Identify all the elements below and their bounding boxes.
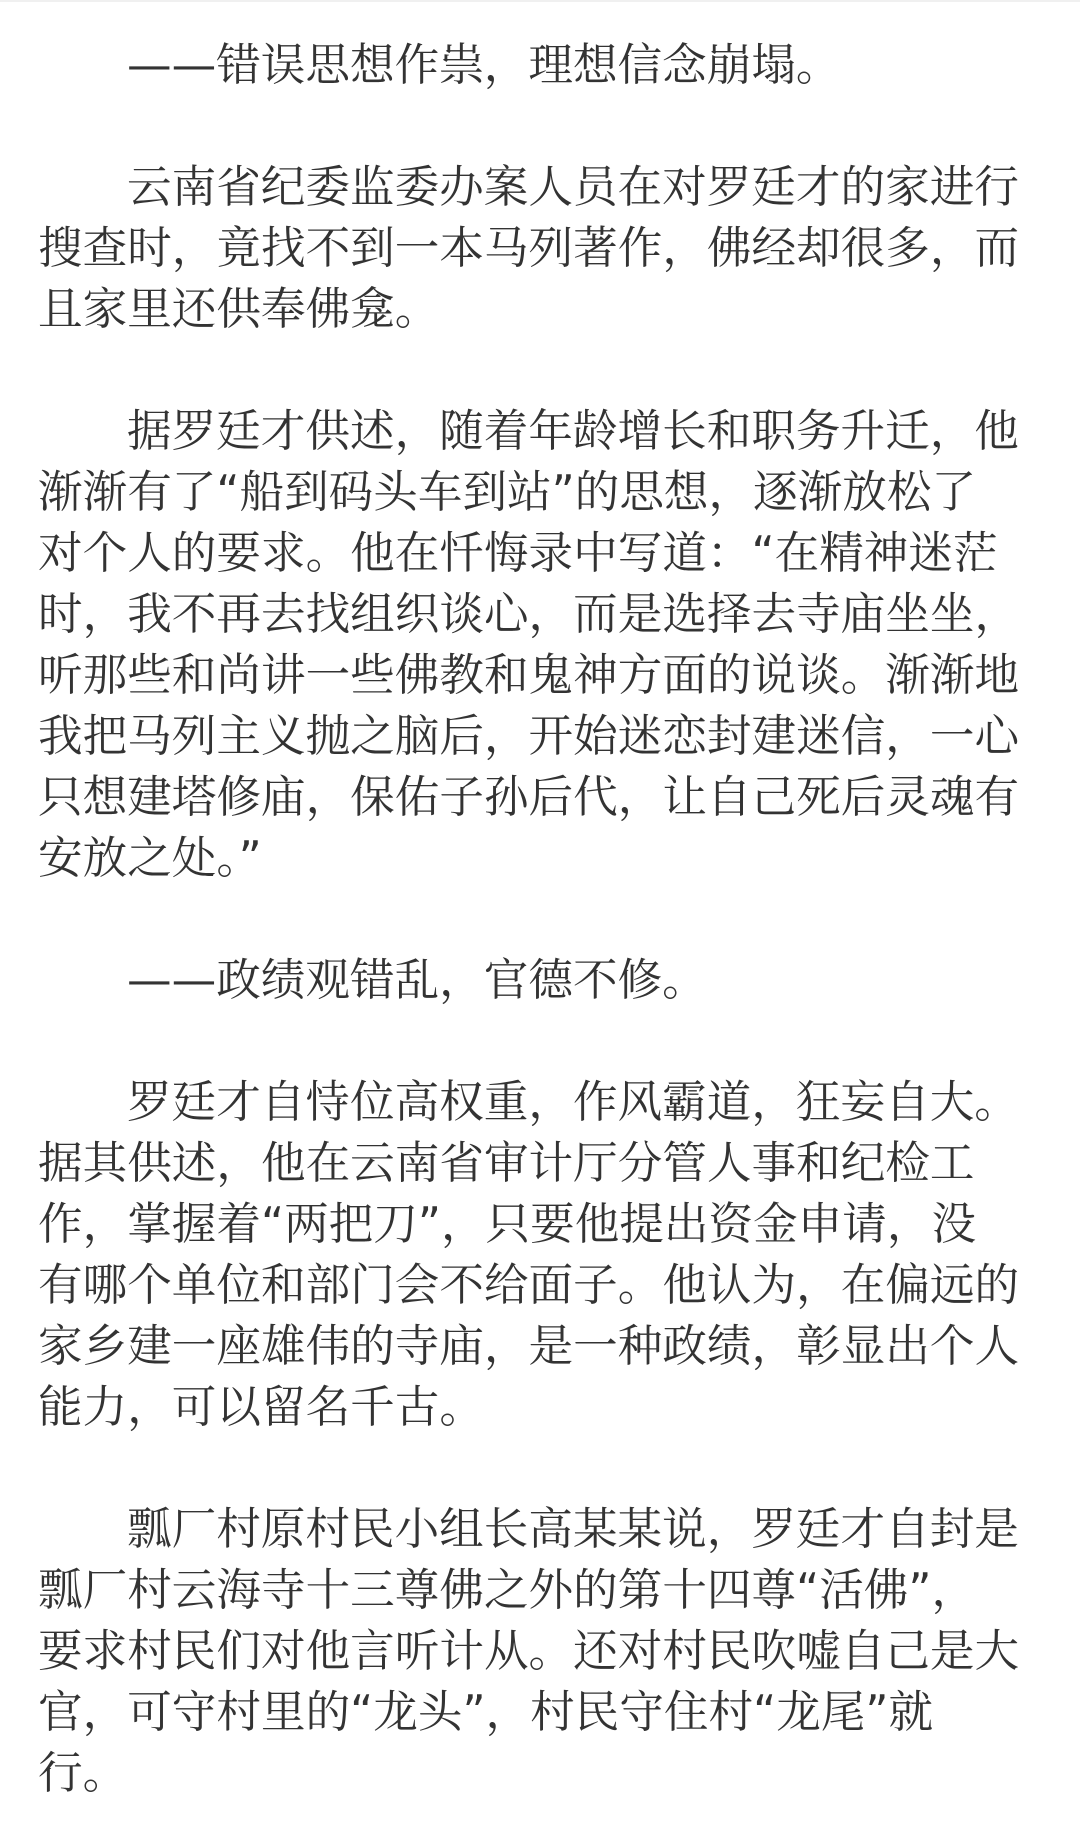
paragraph-spacer: [38, 889, 1028, 950]
paragraph-line: 且家里还供奉佛龛。: [38, 279, 1028, 340]
paragraph-line: 对个人的要求。他在忏悔录中写道：“在精神迷茫: [38, 523, 1028, 584]
paragraph-arrogance: 罗廷才自恃位高权重，作风霸道，狂妄自大。 据其供述，他在云南省审计厅分管人事和纪…: [38, 1072, 1028, 1438]
paragraph-line: 能力，可以留名千古。: [38, 1377, 1028, 1438]
paragraph-spacer: [38, 1438, 1028, 1499]
paragraph-line: 听那些和尚讲一些佛教和鬼神方面的说谈。渐渐地: [38, 645, 1028, 706]
paragraph-line: 据罗廷才供述，随着年龄增长和职务升迁，他: [38, 401, 1028, 462]
paragraph-confession: 据罗廷才供述，随着年龄增长和职务升迁，他 渐渐有了“船到码头车到站”的思想，逐渐…: [38, 401, 1028, 889]
article-body: ——错误思想作祟，理想信念崩塌。 云南省纪委监委办案人员在对罗廷才的家进行 搜查…: [38, 35, 1028, 1804]
top-divider: [0, 0, 1080, 2]
paragraph-spacer: [38, 1011, 1028, 1072]
paragraph-line: 瓢厂村云海寺十三尊佛之外的第十四尊“活佛”，: [38, 1560, 1028, 1621]
paragraph-line: 据其供述，他在云南省审计厅分管人事和纪检工: [38, 1133, 1028, 1194]
paragraph-line: 搜查时，竟找不到一本马列著作，佛经却很多，而: [38, 218, 1028, 279]
section-heading-performance-view: ——政绩观错乱，官德不修。: [38, 950, 1028, 1011]
paragraph-villager-account: 瓢厂村原村民小组长高某某说，罗廷才自封是 瓢厂村云海寺十三尊佛之外的第十四尊“活…: [38, 1499, 1028, 1804]
paragraph-line: 行。: [38, 1743, 1028, 1804]
paragraph-line: 要求村民们对他言听计从。还对村民吹嘘自己是大: [38, 1621, 1028, 1682]
paragraph-line: 有哪个单位和部门会不给面子。他认为，在偏远的: [38, 1255, 1028, 1316]
paragraph-line: 安放之处。”: [38, 828, 1028, 889]
paragraph-line: 官，可守村里的“龙头”，村民守住村“龙尾”就: [38, 1682, 1028, 1743]
paragraph-line: 我把马列主义抛之脑后，开始迷恋封建迷信，一心: [38, 706, 1028, 767]
paragraph-line: 作，掌握着“两把刀”，只要他提出资金申请，没: [38, 1194, 1028, 1255]
paragraph-spacer: [38, 340, 1028, 401]
paragraph-line: 渐渐有了“船到码头车到站”的思想，逐渐放松了: [38, 462, 1028, 523]
paragraph-line: 云南省纪委监委办案人员在对罗廷才的家进行: [38, 157, 1028, 218]
paragraph-line: 只想建塔修庙，保佑子孙后代，让自己死后灵魂有: [38, 767, 1028, 828]
section-heading-wrong-thinking: ——错误思想作祟，理想信念崩塌。: [38, 35, 1028, 96]
paragraph-line: 家乡建一座雄伟的寺庙，是一种政绩，彰显出个人: [38, 1316, 1028, 1377]
paragraph-line: 时，我不再去找组织谈心，而是选择去寺庙坐坐，: [38, 584, 1028, 645]
paragraph-spacer: [38, 96, 1028, 157]
paragraph-search-findings: 云南省纪委监委办案人员在对罗廷才的家进行 搜查时，竟找不到一本马列著作，佛经却很…: [38, 157, 1028, 340]
paragraph-line: 罗廷才自恃位高权重，作风霸道，狂妄自大。: [38, 1072, 1028, 1133]
paragraph-line: 瓢厂村原村民小组长高某某说，罗廷才自封是: [38, 1499, 1028, 1560]
